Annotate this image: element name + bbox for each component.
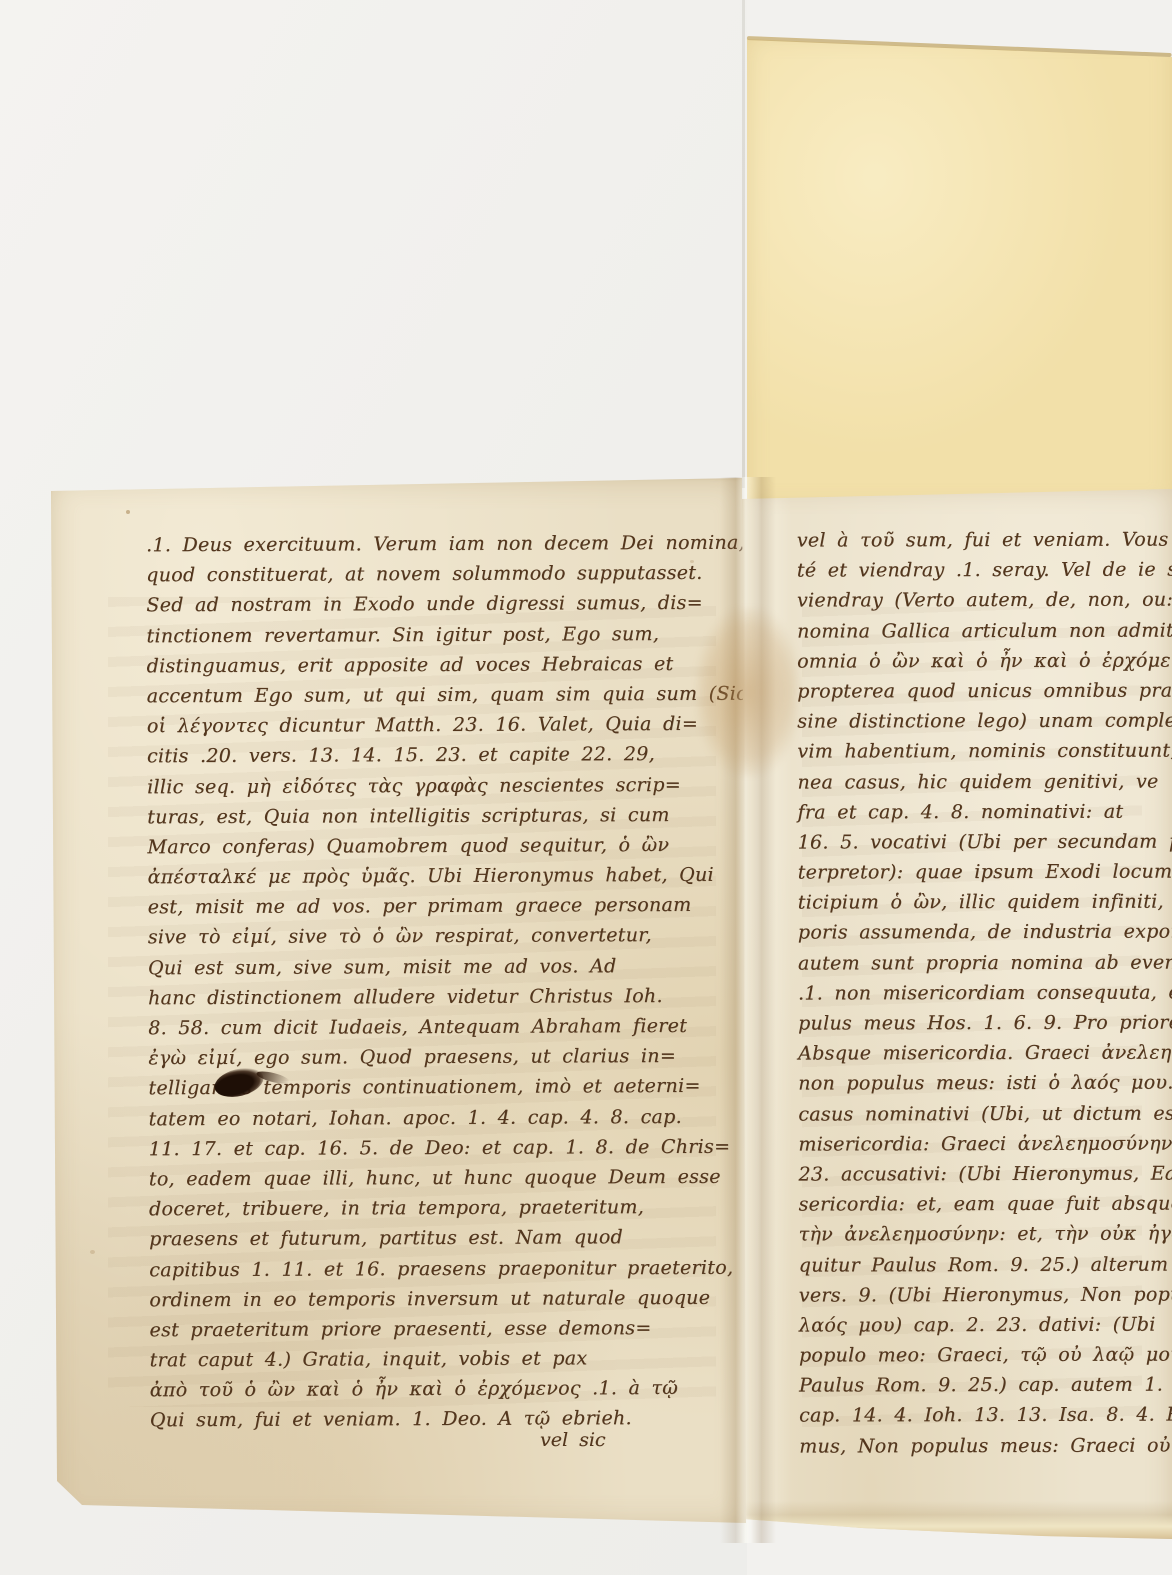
manuscript-line: poris assumenda, de industria exponit. <box>798 917 1172 948</box>
manuscript-line: populo meo: Graeci, τῷ οὐ λαῷ μου. qu <box>799 1340 1172 1371</box>
sheet-edge-line <box>742 0 745 488</box>
manuscript-line: fra et cap. 4. 8. nominativi: at <box>797 796 1172 827</box>
left-page-text: .1. Deus exercituum. Verum iam non decem… <box>146 528 735 1436</box>
manuscript-line: .1. non misericordiam consequuta, et, Lo <box>798 977 1172 1008</box>
manuscript-line: τὴν ἀνελεημοσύνην: et, τὴν οὐκ ἠγα <box>799 1219 1172 1250</box>
manuscript-line: trat caput 4.) Gratia, inquit, vobis et … <box>150 1343 735 1376</box>
manuscript-line: quitur Paulus Rom. 9. 25.) alterum <box>799 1249 1172 1280</box>
manuscript-line: vel à τοῦ sum, fui et veniam. Vous vienn… <box>797 524 1172 555</box>
manuscript-line: capitibus 1. 11. et 16. praesens praepon… <box>149 1252 734 1285</box>
manuscript-line: sericordia: et, eam quae fuit absque mis… <box>799 1189 1172 1220</box>
manuscript-line: ordinem in eo temporis inversum ut natur… <box>149 1282 734 1315</box>
manuscript-line: 16. 5. vocativi (Ubi per secundam per <box>798 826 1172 857</box>
manuscript-line: nea casus, hic quidem genitivi, ve <box>797 766 1172 797</box>
manuscript-line: non populus meus: isti ὁ λαός μου. Pro <box>798 1068 1172 1099</box>
manuscript-line: hanc distinctionem alludere videtur Chri… <box>148 981 733 1014</box>
manuscript-line: omnia ὁ ὢν καὶ ὁ ἦν καὶ ὁ ἐρχόμεν <box>797 645 1172 676</box>
manuscript-line: Sed ad nostram in Exodo unde digressi su… <box>146 588 731 621</box>
manuscript-line: turas, est, Quia non intelligitis script… <box>147 799 732 832</box>
manuscript-line: té et viendray .1. seray. Vel de ie su <box>797 555 1172 586</box>
left-manuscript-page: .1. Deus exercituum. Verum iam non decem… <box>48 477 746 1527</box>
manuscript-line: distinguamus, erit apposite ad voces Heb… <box>147 648 732 681</box>
manuscript-line: ἀπὸ τοῦ ὁ ὢν καὶ ὁ ἦν καὶ ὁ ἐρχόμενος .1… <box>150 1373 735 1406</box>
paper-speckle <box>1080 1200 1084 1204</box>
manuscript-line: citis .20. vers. 13. 14. 15. 23. et capi… <box>147 739 732 772</box>
manuscript-line: Qui est sum, sive sum, misit me ad vos. … <box>148 950 733 983</box>
manuscript-line: ἀπέσταλκέ με πρὸς ὑμᾶς. Ubi Hieronymus h… <box>147 860 732 893</box>
manuscript-line: terpretor): quae ipsum Exodi locum <box>798 857 1172 888</box>
manuscript-line: casus nominativi (Ubi, ut dictum est, <box>798 1098 1172 1129</box>
paper-speckle <box>90 1250 95 1254</box>
cover-sheet-cream <box>747 36 1172 506</box>
manuscript-line: Absque misericordia. Graeci ἀνελεημοσύνη… <box>798 1038 1172 1069</box>
manuscript-line: viendray (Verto autem, de, non, ou: <box>797 585 1172 616</box>
catchword: vel sic <box>540 1429 606 1451</box>
manuscript-line: tatem eo notari, Iohan. apoc. 1. 4. cap.… <box>149 1101 734 1134</box>
manuscript-line: doceret, tribuere, in tria tempora, prae… <box>149 1192 734 1225</box>
paper-speckle <box>126 510 130 514</box>
paper-speckle <box>690 560 694 563</box>
manuscript-line: praesens et futurum, partitus est. Nam q… <box>149 1222 734 1255</box>
manuscript-line: tinctionem revertamur. Sin igitur post, … <box>146 618 731 651</box>
manuscript-line: illic seq. μὴ εἰδότες τὰς γραφὰς nescien… <box>147 769 732 802</box>
manuscript-line: λαός μου) cap. 2. 23. dativi: (Ubi <box>799 1309 1172 1340</box>
manuscript-line: Qui sum, fui et veniam. 1. Deo. A τῷ ebr… <box>150 1403 735 1436</box>
manuscript-line: οἱ λέγοντες dicuntur Matth. 23. 16. Vale… <box>147 709 732 742</box>
manuscript-line: .1. Deus exercituum. Verum iam non decem… <box>146 528 731 561</box>
manuscript-line: 11. 17. et cap. 16. 5. de Deo: et cap. 1… <box>149 1131 734 1164</box>
right-manuscript-page: vel à τοῦ sum, fui et veniam. Vous vienn… <box>742 487 1172 1547</box>
manuscript-line: to, eadem quae illi, hunc, ut hunc quoqu… <box>149 1162 734 1195</box>
manuscript-line: cap. 14. 4. Ioh. 13. 13. Isa. 8. 4. Rom.… <box>799 1400 1172 1431</box>
manuscript-line: 23. accusativi: (Ubi Hieronymus, Eam qua… <box>798 1158 1172 1189</box>
manuscript-line: est, misit me ad vos. per primam graece … <box>148 890 733 923</box>
manuscript-line: accentum Ego sum, ut qui sim, quam sim q… <box>147 679 732 712</box>
manuscript-line: Marco conferas) Quamobrem quod sequitur,… <box>147 830 732 863</box>
manuscript-line: sine distinctione lego) unam complex <box>797 706 1172 737</box>
manuscript-line: nomina Gallica articulum non admittant <box>797 615 1172 646</box>
right-page-text: vel à τοῦ sum, fui et veniam. Vous vienn… <box>797 524 1172 1461</box>
manuscript-line: pulus meus Hos. 1. 6. 9. Pro priore u <box>798 1007 1172 1038</box>
manuscript-line: quod constituerat, at novem solummodo su… <box>146 558 731 591</box>
manuscript-line: vim habentium, nominis constituunt, <box>797 736 1172 767</box>
manuscript-line: sive τὸ εἰμί, sive τὸ ὁ ὢν respirat, con… <box>148 920 733 953</box>
manuscript-line: autem sunt propria nomina ab eventu im <box>798 947 1172 978</box>
manuscript-line: 8. 58. cum dicit Iudaeis, Antequam Abrah… <box>148 1011 733 1044</box>
manuscript-photo: { "colors": { "background": "#f1f0ed", "… <box>0 0 1172 1575</box>
manuscript-line: propterea quod unicus omnibus praeponit <box>797 675 1172 706</box>
manuscript-line: Paulus Rom. 9. 25.) cap. autem 1. 10. vo <box>799 1370 1172 1401</box>
manuscript-line: ticipium ὁ ὢν, illic quidem infiniti, hi… <box>798 887 1172 918</box>
manuscript-line: misericordia: Graeci ἀνελεημοσύνην) Ve <box>798 1128 1172 1159</box>
manuscript-line: vers. 9. (Ubi Hieronymus, Non populus <box>799 1279 1172 1310</box>
manuscript-line: est praeteritum priore praesenti, esse d… <box>149 1313 734 1346</box>
manuscript-line: mus, Non populus meus: Graeci οὐ λαὸ <box>799 1430 1172 1461</box>
